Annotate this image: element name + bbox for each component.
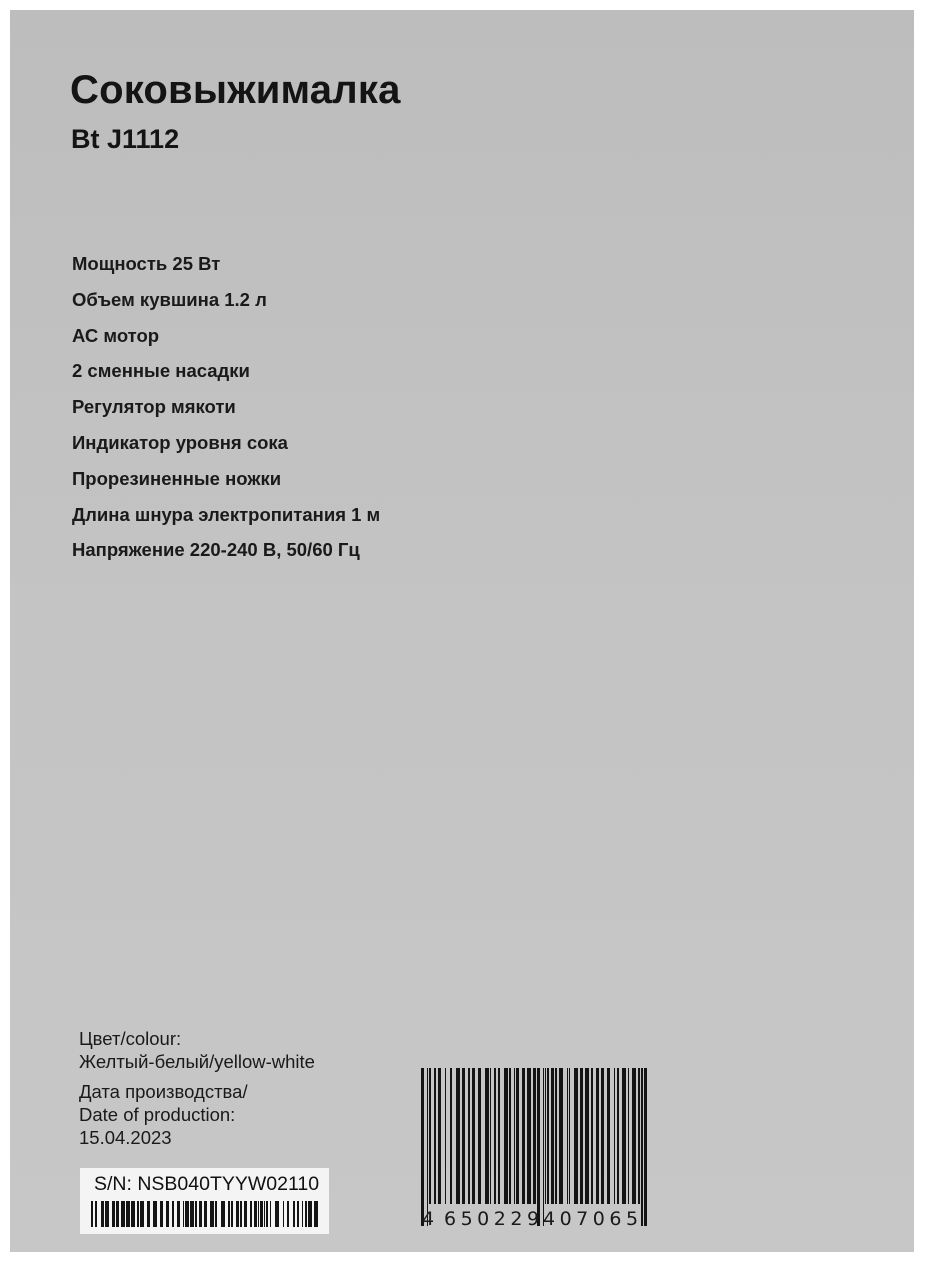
feature-item: Мощность 25 Вт bbox=[72, 251, 380, 287]
date-value: 15.04.2023 bbox=[79, 1126, 315, 1149]
ean-first-digit: 4 bbox=[422, 1208, 439, 1230]
barcode-icon bbox=[90, 1201, 322, 1227]
feature-list: Мощность 25 Вт Объем кувшина 1.2 л АС мо… bbox=[72, 251, 380, 573]
date-label-en: Date of production: bbox=[79, 1103, 315, 1126]
feature-item: Длина шнура электропитания 1 м bbox=[72, 502, 380, 538]
colour-value: Желтый-белый/yellow-white bbox=[79, 1050, 315, 1073]
feature-item: Напряжение 220-240 В, 50/60 Гц bbox=[72, 537, 380, 573]
ean-barcode: 4 650229 407065 bbox=[420, 1068, 650, 1238]
product-model: Bt J1112 bbox=[71, 124, 179, 155]
product-title: Соковыжималка bbox=[70, 68, 401, 113]
serial-number-sticker: S/N: NSB040TYYW02110 bbox=[80, 1168, 329, 1234]
feature-item: Регулятор мякоти bbox=[72, 394, 380, 430]
colour-block: Цвет/colour: Желтый-белый/yellow-white bbox=[79, 1027, 315, 1073]
feature-item: Индикатор уровня сока bbox=[72, 430, 380, 466]
colour-label: Цвет/colour: bbox=[79, 1027, 315, 1050]
feature-item: 2 сменные насадки bbox=[72, 358, 380, 394]
product-info: Цвет/colour: Желтый-белый/yellow-white Д… bbox=[79, 1027, 315, 1156]
date-block: Дата производства/ Date of production: 1… bbox=[79, 1080, 315, 1149]
ean-right-group: 407065 bbox=[543, 1208, 643, 1230]
feature-item: АС мотор bbox=[72, 323, 380, 359]
barcode-icon bbox=[420, 1068, 650, 1226]
ean-left-group: 650229 bbox=[444, 1208, 544, 1230]
feature-item: Прорезиненные ножки bbox=[72, 466, 380, 502]
date-label-ru: Дата производства/ bbox=[79, 1080, 315, 1103]
feature-item: Объем кувшина 1.2 л bbox=[72, 287, 380, 323]
serial-number: S/N: NSB040TYYW02110 bbox=[94, 1173, 319, 1196]
